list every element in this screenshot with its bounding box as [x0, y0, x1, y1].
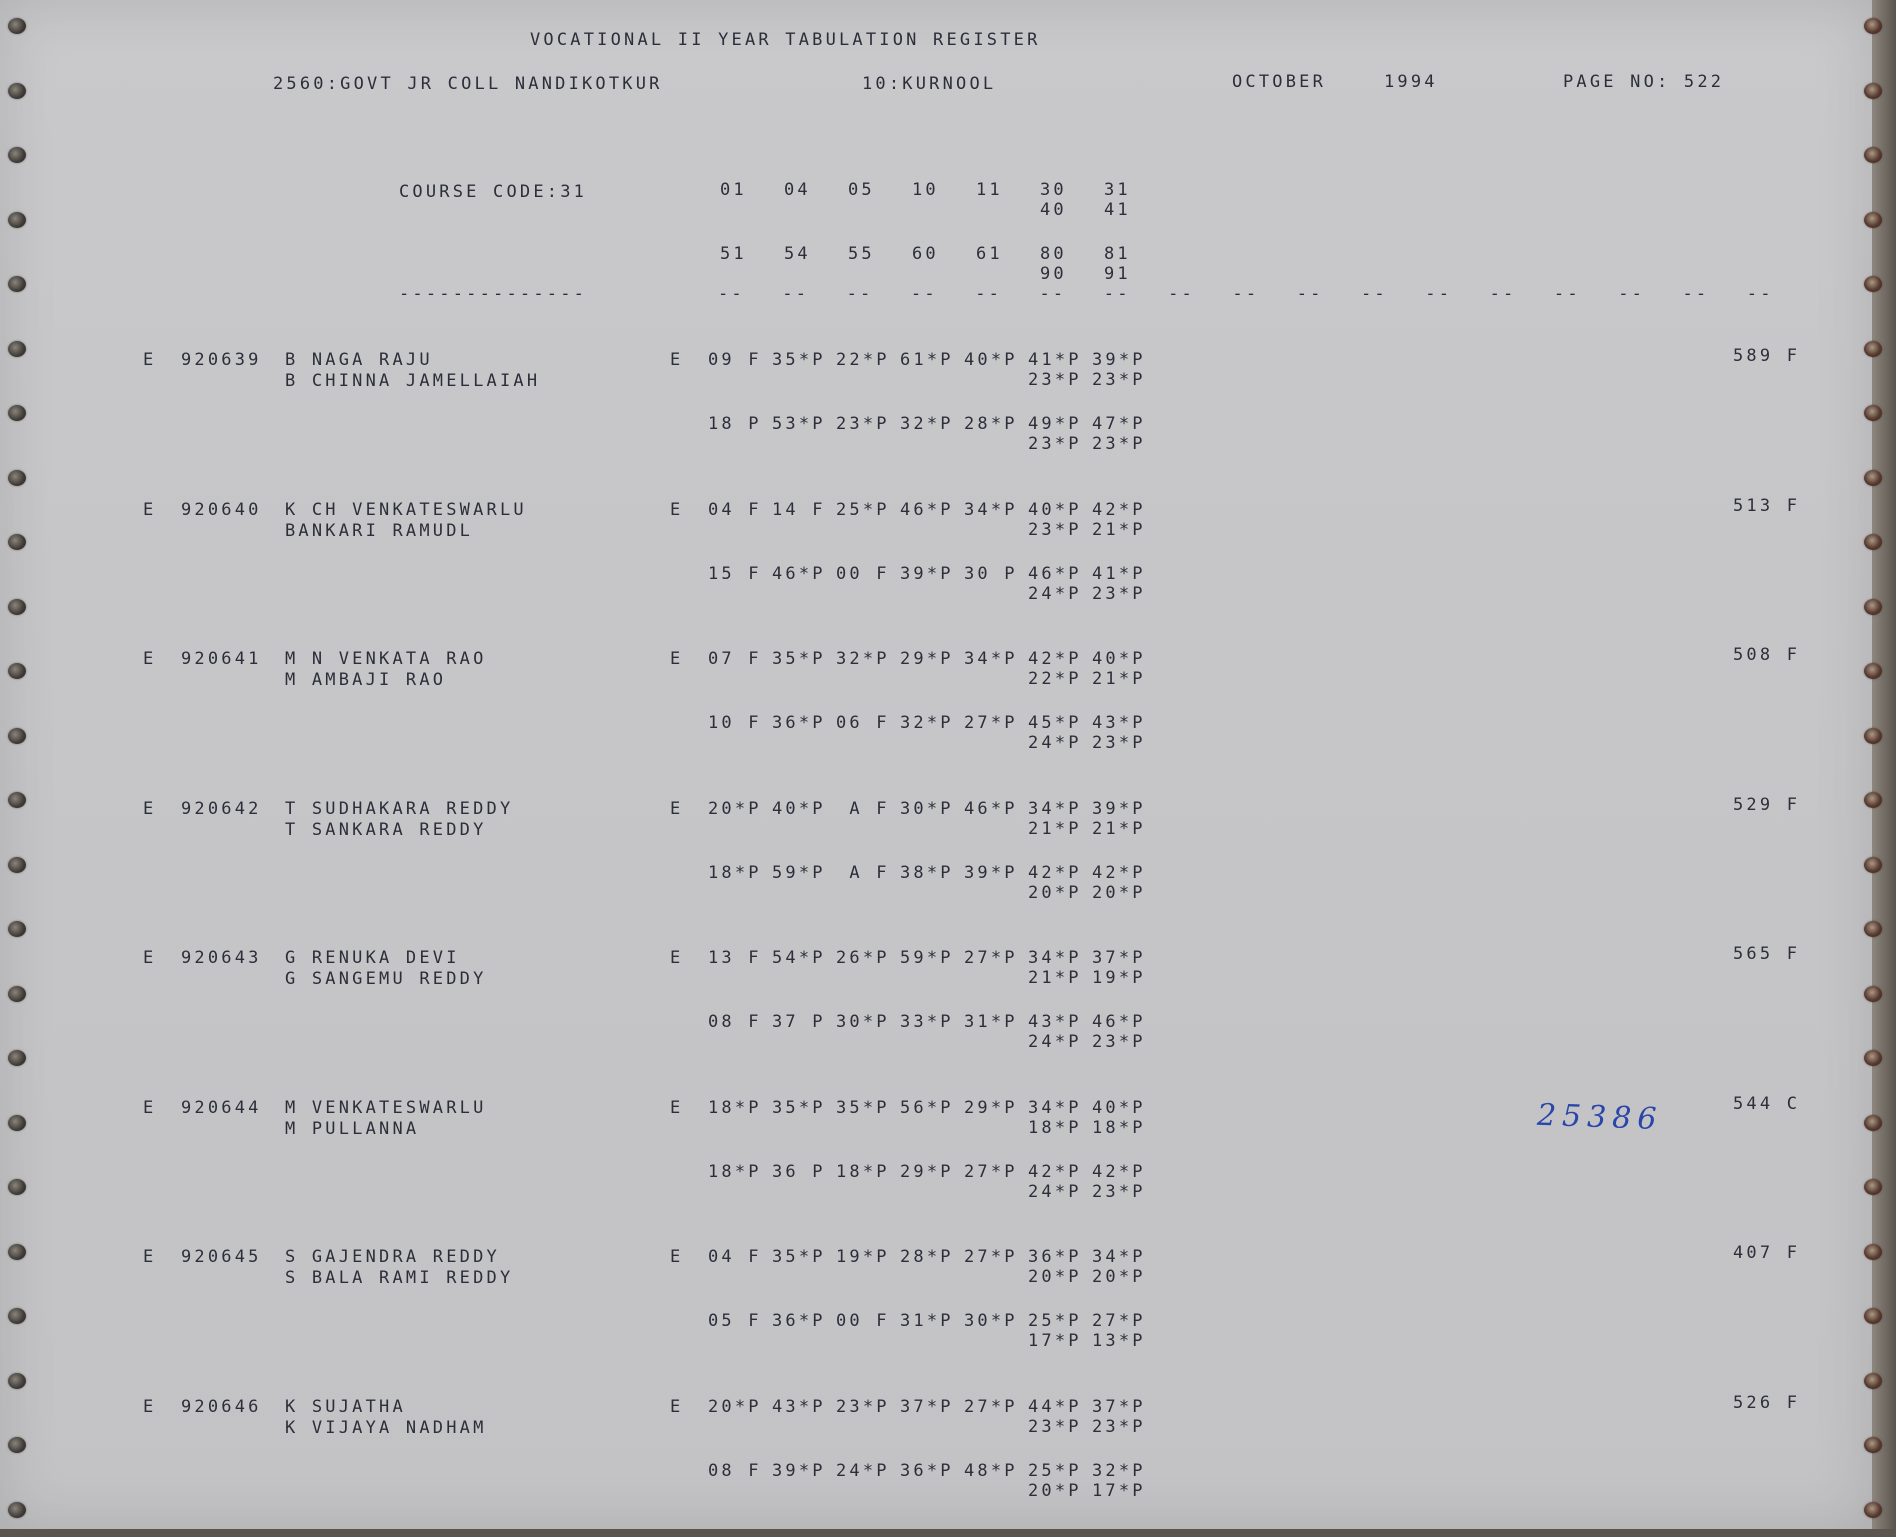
subject-code: 90 [1040, 264, 1067, 284]
mark-cell: 54*P [772, 948, 826, 968]
mark-cell: 04 F [708, 1247, 762, 1267]
feed-hole [8, 599, 26, 615]
student-flag: E [143, 1397, 156, 1417]
mark-cell: 20*P [1028, 1481, 1082, 1501]
column-separator: -- [1425, 284, 1452, 304]
medium-code: E [670, 799, 683, 819]
student-flag: E [143, 500, 156, 520]
total-and-result: 513 F [1733, 496, 1800, 516]
mark-cell: 09 F [708, 350, 762, 370]
feed-hole [1864, 1502, 1882, 1518]
student-name: M VENKATESWARLU [285, 1098, 487, 1118]
subject-code: 40 [1040, 200, 1067, 220]
feed-hole [1864, 792, 1882, 808]
mark-cell: 45*P [1028, 713, 1082, 733]
mark-cell: 00 F [836, 564, 890, 584]
register-title: VOCATIONAL II YEAR TABULATION REGISTER [530, 30, 1041, 50]
mark-cell: 34*P [1028, 948, 1082, 968]
mark-cell: 43*P [1092, 713, 1146, 733]
feed-hole [8, 986, 26, 1002]
handwritten-note: 25386 [1536, 1098, 1663, 1137]
mark-cell: 08 F [708, 1012, 762, 1032]
feed-hole [8, 341, 26, 357]
mark-cell: 36 P [772, 1162, 826, 1182]
mark-cell: 07 F [708, 649, 762, 669]
tractor-feed-holes-right [1864, 0, 1886, 1537]
feed-hole [1864, 276, 1882, 292]
mark-cell: 34*P [1028, 799, 1082, 819]
roll-number: 920639 [181, 350, 262, 370]
column-separator: -- [1683, 284, 1710, 304]
mark-cell: 19*P [836, 1247, 890, 1267]
mark-cell: 22*P [1028, 669, 1082, 689]
mark-cell: 18*P [1092, 1118, 1146, 1138]
mark-cell: 39*P [1092, 350, 1146, 370]
mark-cell: 35*P [772, 350, 826, 370]
column-separator: -- [1232, 284, 1259, 304]
subject-code: 55 [848, 244, 875, 264]
total-and-result: 544 C [1733, 1094, 1800, 1114]
student-name: B NAGA RAJU [285, 350, 433, 370]
subject-code: 81 [1104, 244, 1131, 264]
father-name: K VIJAYA NADHAM [285, 1418, 487, 1438]
feed-hole [8, 663, 26, 679]
father-name: B CHINNA JAMELLAIAH [285, 371, 540, 391]
column-separator: -- [911, 284, 938, 304]
student-flag: E [143, 350, 156, 370]
mark-cell: 40*P [1028, 500, 1082, 520]
mark-cell: 04 F [708, 500, 762, 520]
father-name: S BALA RAMI REDDY [285, 1268, 513, 1288]
mark-cell: 06 F [836, 713, 890, 733]
student-flag: E [143, 1098, 156, 1118]
mark-cell: 27*P [964, 1162, 1018, 1182]
subject-code: 05 [848, 180, 875, 200]
total-and-result: 526 F [1733, 1393, 1800, 1413]
mark-cell: 21*P [1092, 669, 1146, 689]
mark-cell: 29*P [964, 1098, 1018, 1118]
feed-hole [8, 1115, 26, 1131]
medium-code: E [670, 500, 683, 520]
exam-month: OCTOBER [1232, 72, 1326, 92]
mark-cell: 17*P [1092, 1481, 1146, 1501]
feed-hole [1864, 1050, 1882, 1066]
roll-number: 920645 [181, 1247, 262, 1267]
father-name: T SANKARA REDDY [285, 820, 487, 840]
mark-cell: 27*P [964, 713, 1018, 733]
mark-cell: 18 P [708, 414, 762, 434]
medium-code: E [670, 948, 683, 968]
mark-cell: 32*P [1092, 1461, 1146, 1481]
feed-hole [1864, 470, 1882, 486]
mark-cell: 46*P [900, 500, 954, 520]
mark-cell: 46*P [964, 799, 1018, 819]
mark-cell: 18*P [708, 863, 762, 883]
mark-cell: 53*P [772, 414, 826, 434]
mark-cell: 38*P [900, 863, 954, 883]
student-name: G RENUKA DEVI [285, 948, 460, 968]
mark-cell: 40*P [772, 799, 826, 819]
mark-cell: 23*P [1028, 520, 1082, 540]
mark-cell: 21*P [1028, 819, 1082, 839]
mark-cell: 40*P [1092, 649, 1146, 669]
feed-hole [1864, 534, 1882, 550]
feed-hole [8, 857, 26, 873]
college-name: 2560:GOVT JR COLL NANDIKOTKUR [273, 74, 663, 94]
mark-cell: 10 F [708, 713, 762, 733]
father-name: M PULLANNA [285, 1119, 419, 1139]
mark-cell: 43*P [1028, 1012, 1082, 1032]
mark-cell: 34*P [1028, 1098, 1082, 1118]
feed-hole [8, 83, 26, 99]
mark-cell: 36*P [772, 713, 826, 733]
total-and-result: 589 F [1733, 346, 1800, 366]
feed-hole [8, 921, 26, 937]
student-flag: E [143, 1247, 156, 1267]
mark-cell: 29*P [900, 649, 954, 669]
feed-hole [8, 18, 26, 34]
feed-hole [1864, 921, 1882, 937]
subject-code: 04 [784, 180, 811, 200]
medium-code: E [670, 649, 683, 669]
feed-hole [1864, 599, 1882, 615]
mark-cell: 37*P [1092, 1397, 1146, 1417]
mark-cell: 14 F [772, 500, 826, 520]
mark-cell: 20*P [708, 799, 762, 819]
mark-cell: 36*P [1028, 1247, 1082, 1267]
column-separator: -- [847, 284, 874, 304]
feed-hole [8, 728, 26, 744]
mark-cell: 28*P [964, 414, 1018, 434]
mark-cell: 19*P [1092, 968, 1146, 988]
mark-cell: 37*P [1092, 948, 1146, 968]
column-separator: -- [782, 284, 809, 304]
mark-cell: 23*P [836, 1397, 890, 1417]
student-name: M N VENKATA RAO [285, 649, 487, 669]
mark-cell: 29*P [900, 1162, 954, 1182]
page-label: PAGE NO: 522 [1563, 72, 1724, 92]
feed-hole [8, 1308, 26, 1324]
total-and-result: 529 F [1733, 795, 1800, 815]
mark-cell: 40*P [964, 350, 1018, 370]
mark-cell: 23*P [1092, 584, 1146, 604]
mark-cell: 48*P [964, 1461, 1018, 1481]
total-and-result: 508 F [1733, 645, 1800, 665]
mark-cell: 39*P [900, 564, 954, 584]
mark-cell: 41*P [1092, 564, 1146, 584]
exam-year: 1994 [1384, 72, 1438, 92]
feed-hole [1864, 405, 1882, 421]
mark-cell: 34*P [964, 500, 1018, 520]
feed-hole [1864, 341, 1882, 357]
mark-cell: 41*P [1028, 350, 1082, 370]
subject-code: 91 [1104, 264, 1131, 284]
mark-cell: 32*P [836, 649, 890, 669]
roll-number: 920643 [181, 948, 262, 968]
feed-hole [1864, 857, 1882, 873]
subject-code: 30 [1040, 180, 1067, 200]
mark-cell: 30*P [964, 1311, 1018, 1331]
feed-hole [1864, 1179, 1882, 1195]
mark-cell: 21*P [1092, 819, 1146, 839]
feed-hole [1864, 1437, 1882, 1453]
subject-code: 60 [912, 244, 939, 264]
student-name: K CH VENKATESWARLU [285, 500, 527, 520]
subject-code: 10 [912, 180, 939, 200]
mark-cell: 18*P [836, 1162, 890, 1182]
page-bottom-edge [0, 1529, 1896, 1537]
feed-hole [1864, 18, 1882, 34]
subject-code: 51 [720, 244, 747, 264]
subject-code: 80 [1040, 244, 1067, 264]
feed-hole [8, 1179, 26, 1195]
medium-code: E [670, 1247, 683, 1267]
mark-cell: 32*P [900, 414, 954, 434]
column-separator: -- [1168, 284, 1195, 304]
mark-cell: 42*P [1092, 1162, 1146, 1182]
total-and-result: 565 F [1733, 944, 1800, 964]
feed-hole [8, 1244, 26, 1260]
feed-hole [1864, 1308, 1882, 1324]
student-name: K SUJATHA [285, 1397, 406, 1417]
student-name: S GAJENDRA REDDY [285, 1247, 500, 1267]
mark-cell: 24*P [836, 1461, 890, 1481]
medium-code: E [670, 1397, 683, 1417]
mark-cell: 32*P [900, 713, 954, 733]
mark-cell: 20*P [1092, 1267, 1146, 1287]
roll-number: 920641 [181, 649, 262, 669]
mark-cell: 27*P [964, 1247, 1018, 1267]
mark-cell: A F [836, 799, 890, 819]
feed-hole [1864, 83, 1882, 99]
column-separator: -- [1361, 284, 1388, 304]
feed-hole [1864, 212, 1882, 228]
mark-cell: 42*P [1028, 649, 1082, 669]
mark-cell: 08 F [708, 1461, 762, 1481]
roll-number: 920646 [181, 1397, 262, 1417]
mark-cell: 23*P [1092, 1182, 1146, 1202]
mark-cell: 46*P [1028, 564, 1082, 584]
feed-hole [8, 1373, 26, 1389]
mark-cell: 18*P [708, 1098, 762, 1118]
mark-cell: 47*P [1092, 414, 1146, 434]
mark-cell: 20*P [708, 1397, 762, 1417]
feed-hole [8, 405, 26, 421]
column-separator: -- [975, 284, 1002, 304]
column-separator: -- [1040, 284, 1067, 304]
mark-cell: 37*P [900, 1397, 954, 1417]
district-name: 10:KURNOOL [862, 74, 996, 94]
feed-hole [8, 792, 26, 808]
page-no-label: PAGE NO: [1563, 72, 1670, 92]
header-underline: -------------- [399, 284, 587, 304]
subject-code: 31 [1104, 180, 1131, 200]
subject-code: 61 [976, 244, 1003, 264]
medium-code: E [670, 350, 683, 370]
feed-hole [1864, 663, 1882, 679]
feed-hole [8, 1437, 26, 1453]
mark-cell: 49*P [1028, 414, 1082, 434]
mark-cell: 23*P [1092, 370, 1146, 390]
feed-hole [8, 1502, 26, 1518]
mark-cell: 23*P [1028, 1417, 1082, 1437]
mark-cell: 27*P [1092, 1311, 1146, 1331]
roll-number: 920644 [181, 1098, 262, 1118]
roll-number: 920640 [181, 500, 262, 520]
mark-cell: 34*P [1092, 1247, 1146, 1267]
mark-cell: 35*P [772, 1247, 826, 1267]
course-code-label: COURSE CODE:31 [399, 182, 587, 202]
mark-cell: 23*P [1092, 733, 1146, 753]
feed-hole [1864, 1373, 1882, 1389]
mark-cell: 59*P [772, 863, 826, 883]
mark-cell: 46*P [772, 564, 826, 584]
column-separator: -- [1554, 284, 1581, 304]
mark-cell: 13*P [1092, 1331, 1146, 1351]
mark-cell: 30*P [836, 1012, 890, 1032]
feed-hole [8, 1050, 26, 1066]
feed-hole [1864, 147, 1882, 163]
student-flag: E [143, 799, 156, 819]
father-name: BANKARI RAMUDL [285, 521, 473, 541]
subject-code: 01 [720, 180, 747, 200]
mark-cell: 21*P [1028, 968, 1082, 988]
mark-cell: 27*P [964, 1397, 1018, 1417]
register-sheet [0, 0, 1872, 1530]
column-separator: -- [1747, 284, 1774, 304]
mark-cell: 24*P [1028, 733, 1082, 753]
mark-cell: 20*P [1092, 883, 1146, 903]
mark-cell: 39*P [964, 863, 1018, 883]
subject-code: 41 [1104, 200, 1131, 220]
mark-cell: 25*P [1028, 1461, 1082, 1481]
mark-cell: 18*P [708, 1162, 762, 1182]
mark-cell: 24*P [1028, 1182, 1082, 1202]
father-name: M AMBAJI RAO [285, 670, 446, 690]
feed-hole [1864, 728, 1882, 744]
mark-cell: 20*P [1028, 1267, 1082, 1287]
mark-cell: 42*P [1092, 500, 1146, 520]
mark-cell: 17*P [1028, 1331, 1082, 1351]
subject-code: 11 [976, 180, 1003, 200]
mark-cell: 42*P [1092, 863, 1146, 883]
mark-cell: 22*P [836, 350, 890, 370]
feed-hole [8, 276, 26, 292]
mark-cell: 25*P [836, 500, 890, 520]
mark-cell: 23*P [1092, 434, 1146, 454]
mark-cell: 30 P [964, 564, 1018, 584]
mark-cell: 36*P [772, 1311, 826, 1331]
mark-cell: 24*P [1028, 1032, 1082, 1052]
column-separator: -- [718, 284, 745, 304]
student-flag: E [143, 948, 156, 968]
mark-cell: 31*P [900, 1311, 954, 1331]
mark-cell: 27*P [964, 948, 1018, 968]
mark-cell: 40*P [1092, 1098, 1146, 1118]
mark-cell: 23*P [1028, 370, 1082, 390]
column-separator: -- [1490, 284, 1517, 304]
mark-cell: 24*P [1028, 584, 1082, 604]
student-name: T SUDHAKARA REDDY [285, 799, 513, 819]
mark-cell: 39*P [772, 1461, 826, 1481]
column-separator: -- [1297, 284, 1324, 304]
mark-cell: 56*P [900, 1098, 954, 1118]
feed-hole [8, 147, 26, 163]
mark-cell: 35*P [772, 1098, 826, 1118]
medium-code: E [670, 1098, 683, 1118]
roll-number: 920642 [181, 799, 262, 819]
mark-cell: 30*P [900, 799, 954, 819]
mark-cell: 28*P [900, 1247, 954, 1267]
feed-hole [1864, 1115, 1882, 1131]
father-name: G SANGEMU REDDY [285, 969, 487, 989]
mark-cell: 18*P [1028, 1118, 1082, 1138]
mark-cell: 13 F [708, 948, 762, 968]
total-and-result: 407 F [1733, 1243, 1800, 1263]
column-separator: -- [1104, 284, 1131, 304]
mark-cell: 21*P [1092, 520, 1146, 540]
mark-cell: 61*P [900, 350, 954, 370]
mark-cell: 26*P [836, 948, 890, 968]
mark-cell: 35*P [772, 649, 826, 669]
feed-hole [8, 534, 26, 550]
mark-cell: 43*P [772, 1397, 826, 1417]
mark-cell: 15 F [708, 564, 762, 584]
student-flag: E [143, 649, 156, 669]
column-separator: -- [1618, 284, 1645, 304]
tractor-feed-holes-left [8, 0, 30, 1537]
mark-cell: 20*P [1028, 883, 1082, 903]
mark-cell: 46*P [1092, 1012, 1146, 1032]
mark-cell: 05 F [708, 1311, 762, 1331]
mark-cell: 35*P [836, 1098, 890, 1118]
feed-hole [1864, 986, 1882, 1002]
mark-cell: 23*P [1092, 1417, 1146, 1437]
mark-cell: 37 P [772, 1012, 826, 1032]
mark-cell: 23*P [1028, 434, 1082, 454]
page-number: 522 [1684, 72, 1724, 92]
mark-cell: 23*P [1092, 1032, 1146, 1052]
mark-cell: 42*P [1028, 863, 1082, 883]
mark-cell: 39*P [1092, 799, 1146, 819]
mark-cell: 42*P [1028, 1162, 1082, 1182]
mark-cell: 25*P [1028, 1311, 1082, 1331]
mark-cell: 31*P [964, 1012, 1018, 1032]
feed-hole [1864, 1244, 1882, 1260]
feed-hole [8, 470, 26, 486]
mark-cell: 36*P [900, 1461, 954, 1481]
mark-cell: 23*P [836, 414, 890, 434]
mark-cell: A F [836, 863, 890, 883]
mark-cell: 33*P [900, 1012, 954, 1032]
mark-cell: 34*P [964, 649, 1018, 669]
mark-cell: 44*P [1028, 1397, 1082, 1417]
mark-cell: 00 F [836, 1311, 890, 1331]
feed-hole [8, 212, 26, 228]
subject-code: 54 [784, 244, 811, 264]
mark-cell: 59*P [900, 948, 954, 968]
